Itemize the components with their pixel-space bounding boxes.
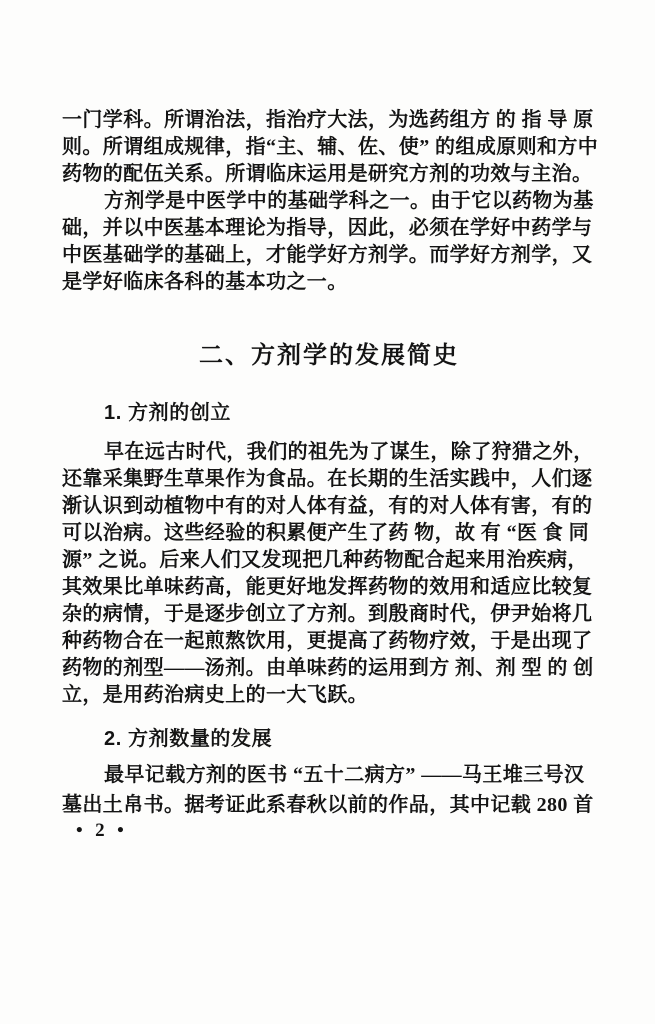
subsection-heading-1: 1. 方剂的创立 <box>62 400 596 427</box>
text-line: 则。所谓组成规律，指“主、辅、佐、使” 的组成原则和方中 <box>62 134 596 161</box>
text-line: 是学好临床各科的基本功之一。 <box>62 269 596 296</box>
text-line: 中医基础学的基础上，才能学好方剂学。而学好方剂学，又 <box>62 242 596 269</box>
text-column: 一门学科。所谓治法，指治疗大法，为选药组方 的 指 导 原 则。所谓组成规律，指… <box>62 107 596 820</box>
text-line: 一门学科。所谓治法，指治疗大法，为选药组方 的 指 导 原 <box>62 107 596 134</box>
text-line: 药物的配伍关系。所谓临床运用是研究方剂的功效与主治。 <box>62 161 596 188</box>
text-line: 源” 之说。后来人们又发现把几种药物配合起来用治疾病， <box>62 547 596 574</box>
text-line: 种药物合在一起煎熬饮用，更提高了药物疗效，于是出现了 <box>62 628 596 655</box>
paragraph: 最早记载方剂的医书 “五十二病方” ——马王堆三号汉 墓出土帛书。据考证此系春秋… <box>62 760 596 820</box>
text-line: 其效果比单味药高，能更好地发挥药物的效用和适应比较复 <box>62 574 596 601</box>
text-line: 早在远古时代，我们的祖先为了谋生，除了狩猎之外， <box>62 439 596 466</box>
text-line: 杂的病情，于是逐步创立了方剂。到殷商时代，伊尹始将几 <box>62 601 596 628</box>
paragraph-continuation: 一门学科。所谓治法，指治疗大法，为选药组方 的 指 导 原 则。所谓组成规律，指… <box>62 107 596 188</box>
text-line: 方剂学是中医学中的基础学科之一。由于它以药物为基 <box>62 188 596 215</box>
paragraph: 方剂学是中医学中的基础学科之一。由于它以药物为基 础，并以中医基本理论为指导，因… <box>62 188 596 296</box>
text-line: 渐认识到动植物中有的对人体有益，有的对人体有害，有的 <box>62 493 596 520</box>
subsection-heading-2: 2. 方剂数量的发展 <box>62 726 596 753</box>
text-line: 药物的剂型——汤剂。由单味药的运用到方 剂、剂 型 的 创 <box>62 655 596 682</box>
text-line: 立，是用药治病史上的一大飞跃。 <box>62 682 596 709</box>
text-line: 还靠采集野生草果作为食品。在长期的生活实践中，人们逐 <box>62 466 596 493</box>
text-line: 墓出土帛书。据考证此系春秋以前的作品，其中记载 280 首 <box>62 790 596 820</box>
text-line: 最早记载方剂的医书 “五十二病方” ——马王堆三号汉 <box>62 760 596 790</box>
paragraph: 早在远古时代，我们的祖先为了谋生，除了狩猎之外， 还靠采集野生草果作为食品。在长… <box>62 439 596 709</box>
section-heading: 二、方剂学的发展简史 <box>62 339 596 373</box>
scanned-book-page: 一门学科。所谓治法，指治疗大法，为选药组方 的 指 导 原 则。所谓组成规律，指… <box>0 0 655 1024</box>
text-line: 可以治病。这些经验的积累便产生了药 物，故 有 “医 食 同 <box>62 520 596 547</box>
text-line: 础，并以中医基本理论为指导，因此，必须在学好中药学与 <box>62 215 596 242</box>
page-number: • 2 • <box>76 820 125 842</box>
